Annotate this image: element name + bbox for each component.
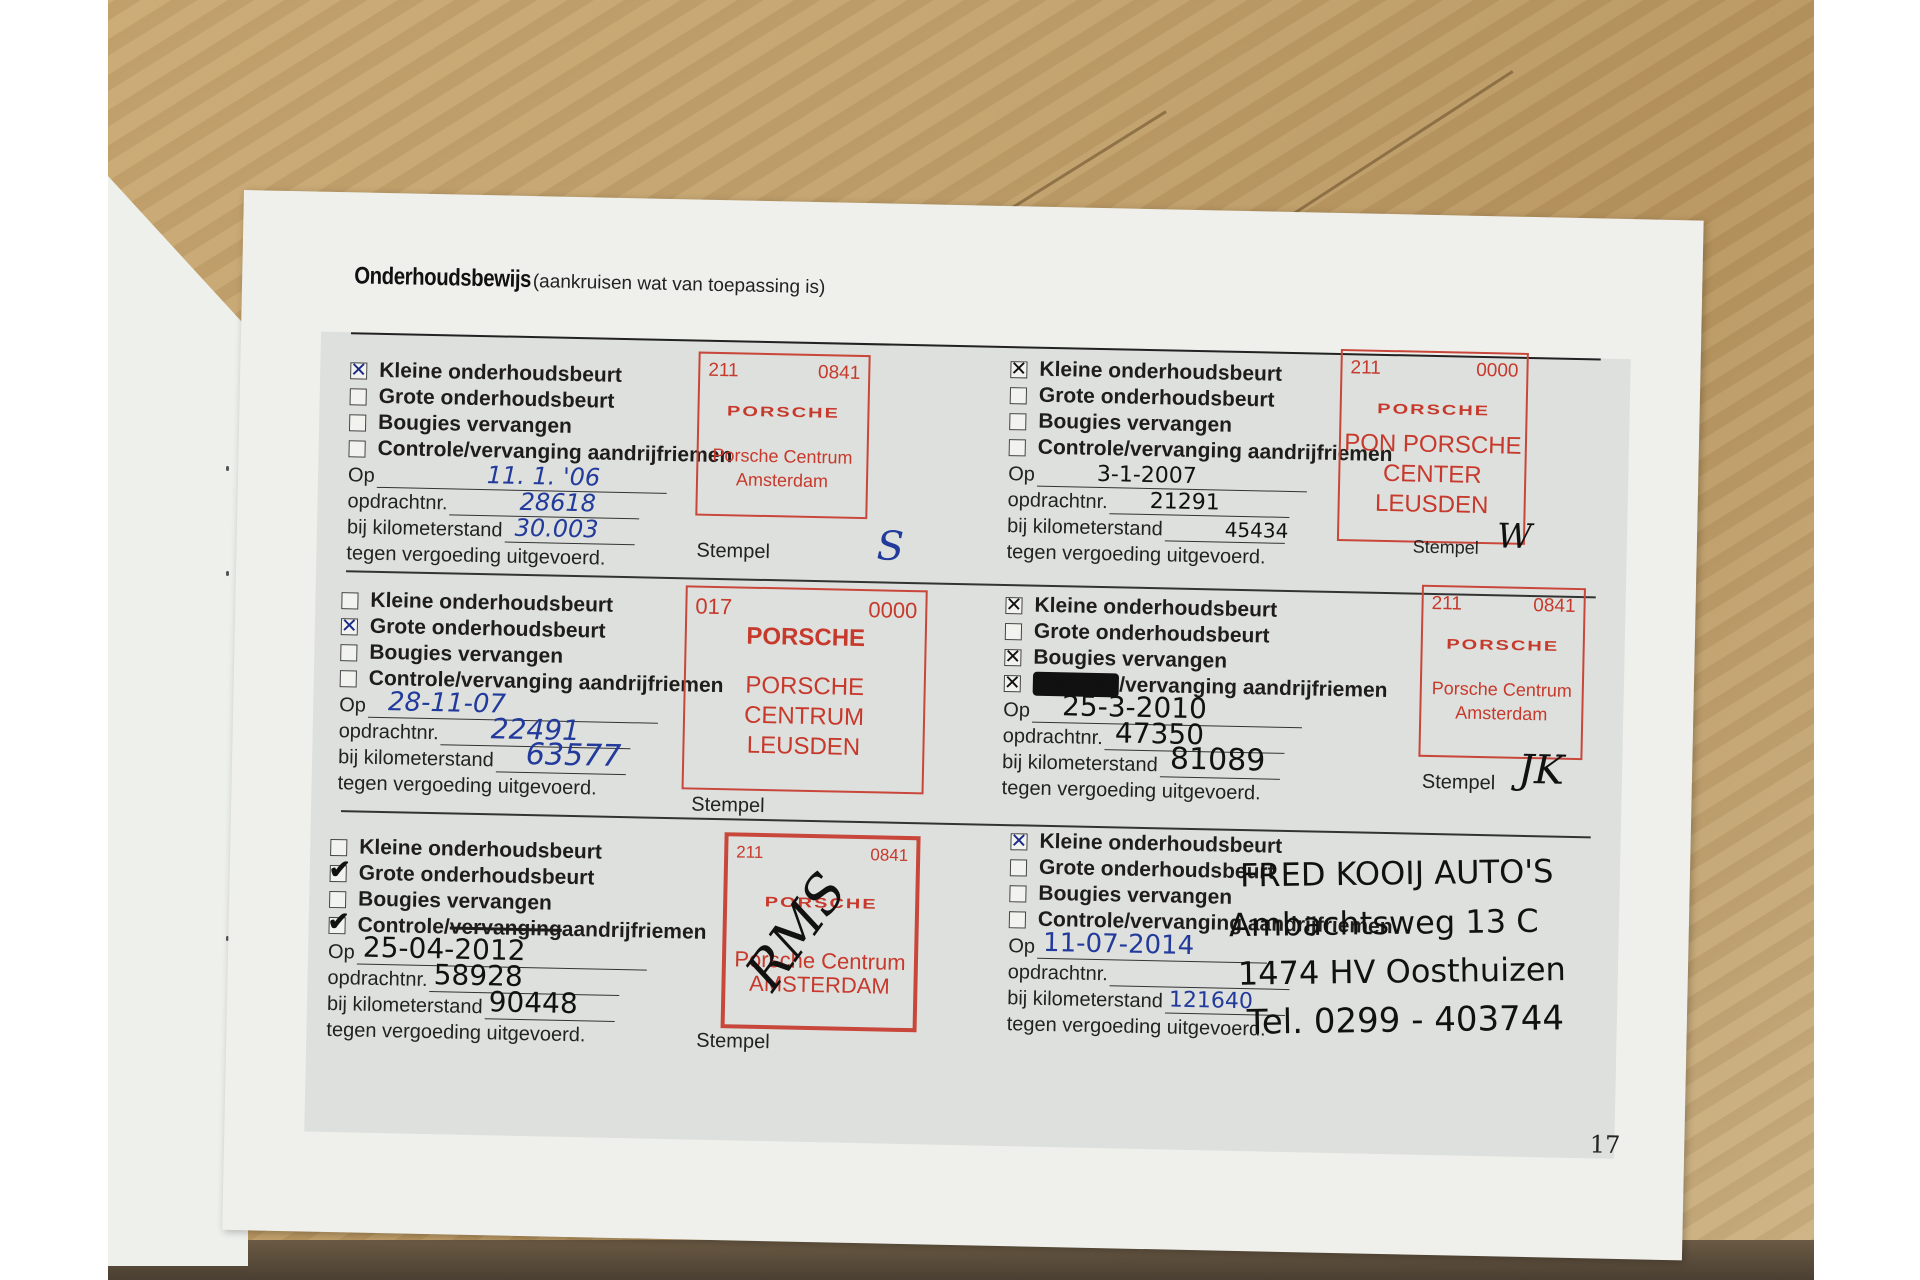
checkbox-grote[interactable] <box>1010 387 1027 404</box>
checkbox-grote[interactable] <box>330 864 347 881</box>
date-value: 3-1-2007 <box>1097 462 1197 489</box>
porsche-logo: PORSCHE <box>699 403 867 423</box>
odometer-value: 30.003 <box>514 514 599 544</box>
checkbox-grote[interactable] <box>341 618 358 635</box>
dealer-stamp-leusden: 0170000 PORSCHE PORSCHE CENTRUM LEUSDEN <box>682 585 928 794</box>
page-number: 17 <box>1589 1130 1620 1159</box>
dealer-stamp-amsterdam: 2110841 PORSCHE Porsche Centrum Amsterda… <box>695 352 870 520</box>
checkbox-kleine[interactable] <box>350 362 367 379</box>
porsche-logo: PORSCHE <box>1423 636 1583 655</box>
order-number-value: 28618 <box>519 488 596 518</box>
checkbox-bougies[interactable] <box>1009 885 1026 902</box>
signature: W <box>1497 516 1533 557</box>
dealer-stamp-street: Ambachtsweg 13 C <box>1229 902 1539 944</box>
dealer-stamp-city: 1474 HV Oosthuizen <box>1238 950 1566 993</box>
checkbox-controle[interactable] <box>1004 675 1021 692</box>
odometer-value: 45434 <box>1224 518 1288 543</box>
maintenance-booklet-page: Onderhoudsbewijs (aankruisen wat van toe… <box>222 190 1703 1260</box>
date-value: 11-07-2014 <box>1043 928 1195 961</box>
page-subtitle: (aankruisen wat van toepassing is) <box>533 271 826 298</box>
date-value: 28-11-07 <box>388 687 507 719</box>
checkbox-kleine[interactable] <box>341 592 358 609</box>
checkbox-kleine[interactable] <box>1010 361 1027 378</box>
checkbox-bougies[interactable] <box>349 414 366 431</box>
odometer-value: 81089 <box>1170 742 1266 779</box>
left-margin <box>0 0 108 1280</box>
odometer-value: 63577 <box>525 737 621 774</box>
dealer-stamp-phone: Tel. 0299 - 403744 <box>1247 998 1565 1042</box>
checkbox-bougies[interactable] <box>340 644 357 661</box>
order-number-value: 21291 <box>1149 489 1220 515</box>
checkbox-grote[interactable] <box>1010 859 1027 876</box>
checkbox-grote[interactable] <box>350 388 367 405</box>
checkbox-controle[interactable] <box>340 670 357 687</box>
date-value: 11. 1. '06 <box>486 461 600 491</box>
checkbox-controle[interactable] <box>1009 911 1026 928</box>
signature: JK <box>1518 747 1565 794</box>
odometer-value: 90448 <box>488 985 578 1020</box>
right-margin <box>1814 0 1920 1280</box>
dealer-stamp-amsterdam: 2110841 PORSCHE Porsche Centrum Amsterda… <box>1418 585 1586 760</box>
checkbox-controle[interactable] <box>348 440 365 457</box>
signature: S <box>876 523 904 570</box>
checkbox-controle[interactable] <box>328 916 345 933</box>
porsche-logo: PORSCHE <box>686 621 925 654</box>
checkbox-grote[interactable] <box>1005 623 1022 640</box>
dealer-stamp-name: FRED KOOIJ AUTO'S <box>1240 852 1554 894</box>
porsche-logo: PORSCHE <box>1341 400 1525 420</box>
checkbox-kleine[interactable] <box>1005 597 1022 614</box>
checkbox-kleine[interactable] <box>1010 833 1027 850</box>
checkbox-bougies[interactable] <box>1004 649 1021 666</box>
page-title: Onderhoudsbewijs (aankruisen wat van toe… <box>354 262 826 300</box>
checkbox-controle[interactable] <box>1009 439 1026 456</box>
checkbox-bougies[interactable] <box>1009 413 1026 430</box>
